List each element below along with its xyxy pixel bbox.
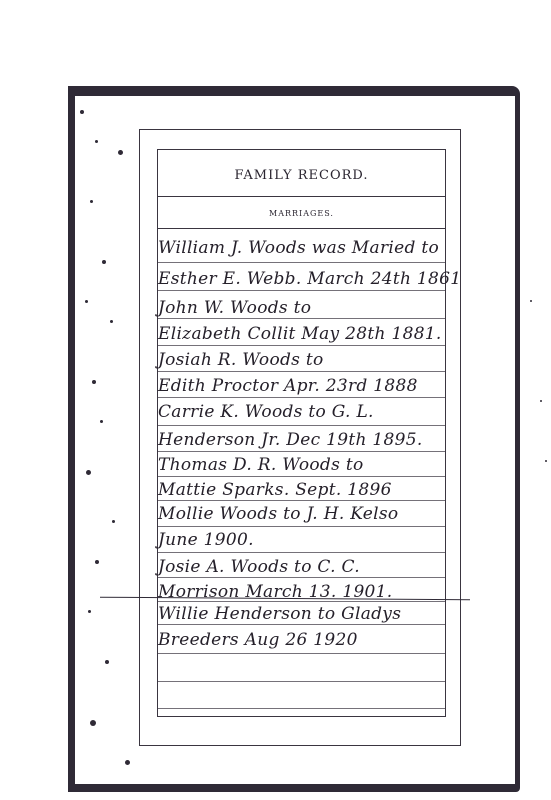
- title-divider: [157, 196, 446, 197]
- entry-line: Josie A. Woods to C. C.: [158, 557, 458, 577]
- ruled-line: [157, 577, 446, 578]
- ink-speck: [105, 660, 109, 664]
- ruled-line: [157, 476, 446, 477]
- ink-speck: [125, 760, 130, 765]
- ink-speck: [100, 420, 103, 423]
- ink-speck: [92, 380, 96, 384]
- ink-speck: [88, 610, 91, 613]
- ink-speck: [110, 320, 113, 323]
- ruled-line: [157, 624, 446, 625]
- ink-speck: [530, 300, 532, 302]
- ruled-line: [157, 451, 446, 452]
- ink-speck: [545, 460, 547, 462]
- ruled-line: [157, 500, 446, 501]
- ink-speck: [90, 720, 96, 726]
- entry-line: Carrie K. Woods to G. L.: [158, 402, 458, 422]
- ink-speck: [86, 470, 91, 475]
- ink-speck: [112, 520, 115, 523]
- section-heading: MARRIAGES.: [157, 209, 446, 218]
- entry-line: Esther E. Webb. March 24th 1861: [158, 269, 458, 289]
- ink-speck: [118, 150, 123, 155]
- ruled-line: [157, 371, 446, 372]
- entry-line: Thomas D. R. Woods to: [158, 455, 458, 475]
- ink-speck: [80, 110, 84, 114]
- entry-line: Mattie Sparks. Sept. 1896: [158, 480, 458, 500]
- ink-speck: [95, 140, 98, 143]
- entry-line: Elizabeth Collit May 28th 1881.: [158, 324, 458, 344]
- entry-line: Henderson Jr. Dec 19th 1895.: [158, 430, 458, 450]
- page-title: FAMILY RECORD.: [157, 168, 446, 183]
- ruled-line: [157, 262, 446, 263]
- ruled-line: [157, 681, 446, 682]
- entry-line: Edith Proctor Apr. 23rd 1888: [158, 376, 458, 396]
- ruled-line: [157, 601, 446, 602]
- ink-speck: [102, 260, 106, 264]
- ruled-line: [157, 552, 446, 553]
- ruled-line: [157, 397, 446, 398]
- entry-line: Willie Henderson to Gladys: [158, 604, 458, 624]
- ink-speck: [90, 200, 93, 203]
- entry-line: Josiah R. Woods to: [158, 350, 458, 370]
- ruled-line: [157, 708, 446, 709]
- ruled-line: [157, 425, 446, 426]
- entry-line: John W. Woods to: [158, 298, 458, 318]
- ink-speck: [85, 300, 88, 303]
- ruled-line: [157, 526, 446, 527]
- entry-line: June 1900.: [158, 530, 458, 550]
- ruled-line: [157, 318, 446, 319]
- ruled-line: [157, 653, 446, 654]
- entry-line: Mollie Woods to J. H. Kelso: [158, 504, 458, 524]
- section-divider: [157, 228, 446, 229]
- entry-line: William J. Woods was Maried to: [158, 238, 458, 258]
- ink-speck: [540, 400, 542, 402]
- ink-speck: [95, 560, 99, 564]
- ruled-line: [157, 345, 446, 346]
- ruled-line: [157, 290, 446, 291]
- entry-line: Breeders Aug 26 1920: [158, 630, 458, 650]
